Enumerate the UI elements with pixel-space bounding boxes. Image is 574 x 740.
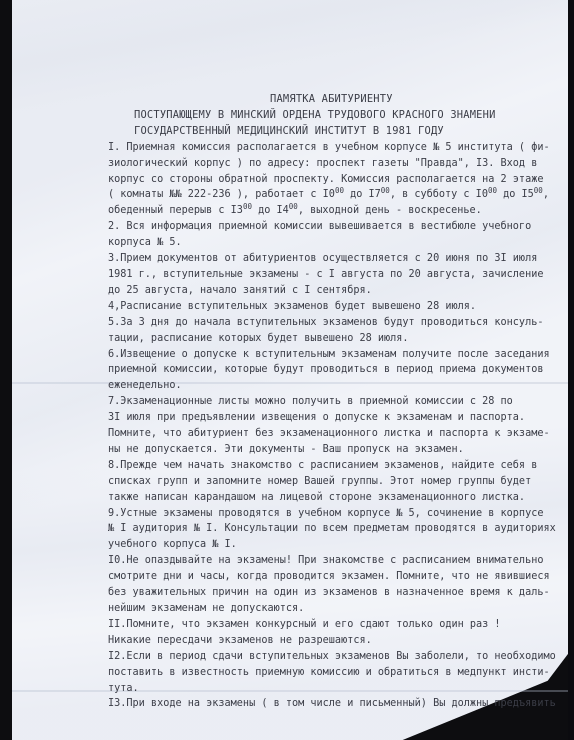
- text-line: поставить в известность приемную комисси…: [108, 665, 574, 681]
- text-line: 3.Прием документов от абитуриентов осуще…: [108, 251, 574, 267]
- text-line: учебного корпуса № I.: [108, 537, 574, 553]
- text-line: 3I июля при предъявлении извещения о доп…: [108, 410, 574, 426]
- hours-text: ( комнаты №№ 222-236 ), работает с I0: [108, 189, 335, 200]
- text-line: приемной комиссии, которые будут проводи…: [108, 362, 574, 378]
- text-line: I3.При входе на экзамены ( в том числе и…: [108, 696, 574, 712]
- document-subheading-1: ПОСТУПАЮЩЕМУ В МИНСКИЙ ОРДЕНА ТРУДОВОГО …: [98, 108, 574, 124]
- text-line: также написан карандашом на лицевой стор…: [108, 490, 574, 506]
- lunch-text: обеденный перерыв с I3: [108, 205, 243, 216]
- hours-text: до I7: [344, 189, 381, 200]
- text-line: еженедельно.: [108, 378, 574, 394]
- text-line: 8.Прежде чем начать знакомство с расписа…: [108, 458, 574, 474]
- scanned-document: ПАМЯТКА АБИТУРИЕНТУ ПОСТУПАЮЩЕМУ В МИНСК…: [0, 0, 574, 740]
- text-line: корпуса № 5.: [108, 235, 574, 251]
- superscript: 00: [534, 186, 543, 195]
- text-line: нейшим экзаменам не допускаются.: [108, 601, 574, 617]
- text-line: списках групп и запомните номер Вашей гр…: [108, 474, 574, 490]
- text-line: зиологический корпус ) по адресу: проспе…: [108, 156, 574, 172]
- superscript: 00: [381, 186, 390, 195]
- text-line: I. Приемная комиссия располагается в уче…: [108, 140, 574, 156]
- scan-edge-shadow: [568, 0, 574, 740]
- document-subheading-2: ГОСУДАРСТВЕННЫЙ МЕДИЦИНСКИЙ ИНСТИТУТ В 1…: [98, 124, 574, 140]
- hours-text: ,: [543, 189, 549, 200]
- hours-line: ( комнаты №№ 222-236 ), работает с I000 …: [108, 187, 574, 203]
- text-line: 2. Вся информация приемной комиссии выве…: [108, 219, 574, 235]
- text-line: корпус со стороны обратной проспекту. Ко…: [108, 172, 574, 188]
- text-line: без уважительных причин на один из экзам…: [108, 585, 574, 601]
- text-line: II.Помните, что экзамен конкурсный и его…: [108, 617, 574, 633]
- document-body: ПАМЯТКА АБИТУРИЕНТУ ПОСТУПАЮЩЕМУ В МИНСК…: [108, 92, 574, 712]
- text-line: 6.Извещение о допуске к вступительным эк…: [108, 347, 574, 363]
- lunch-line: обеденный перерыв с I300 до I400, выходн…: [108, 203, 574, 219]
- superscript: 00: [335, 186, 344, 195]
- document-heading: ПАМЯТКА АБИТУРИЕНТУ: [148, 92, 574, 108]
- text-line: 7.Экзаменационные листы можно получить в…: [108, 394, 574, 410]
- text-line: I0.Не опаздывайте на экзамены! При знако…: [108, 553, 574, 569]
- text-line: 9.Устные экзамены проводятся в учебном к…: [108, 506, 574, 522]
- text-line: 5.За 3 дня до начала вступительных экзам…: [108, 315, 574, 331]
- hours-text: , в субботу с I0: [390, 189, 488, 200]
- text-line: Помните, что абитуриент без экзаменацион…: [108, 426, 574, 442]
- superscript: 00: [243, 202, 252, 211]
- text-line: 4,Расписание вступительных экзаменов буд…: [108, 299, 574, 315]
- text-line: тута.: [108, 681, 574, 697]
- hours-text: до I5: [497, 189, 534, 200]
- lunch-text: до I4: [252, 205, 289, 216]
- text-line: № I аудитория № I. Консультации по всем …: [108, 521, 574, 537]
- lunch-text: , выходной день - воскресенье.: [298, 205, 482, 216]
- text-line: смотрите дни и часы, когда проводится эк…: [108, 569, 574, 585]
- text-line: ны не допускается. Эти документы - Ваш п…: [108, 442, 574, 458]
- text-line: до 25 августа, начало занятий с I сентяб…: [108, 283, 574, 299]
- text-line: Никакие пересдачи экзаменов не разрешают…: [108, 633, 574, 649]
- text-line: I2.Если в период сдачи вступительных экз…: [108, 649, 574, 665]
- text-line: 1981 г., вступительные экзамены - с I ав…: [108, 267, 574, 283]
- superscript: 00: [488, 186, 497, 195]
- text-line: тации, расписание которых будет вывешено…: [108, 331, 574, 347]
- superscript: 00: [289, 202, 298, 211]
